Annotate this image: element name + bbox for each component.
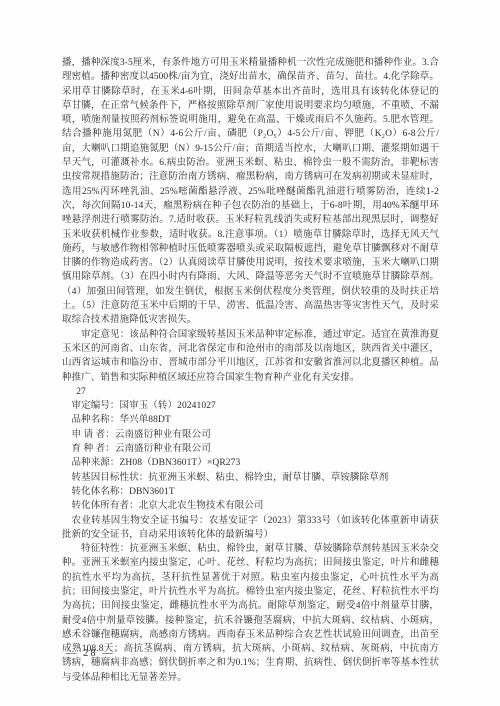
- field-transformation-event-name: 转化体名称：DBN3601T: [62, 485, 439, 499]
- field-gm-target-traits: 转基因目标性状：抗亚洲玉米螟、粘虫、棉铃虫，耐草甘膦、草铵膦除草剂: [62, 471, 439, 485]
- characteristics-paragraph: 特征特性：抗亚洲玉米螟、粘虫、棉铃虫，耐草甘膦、草铵膦除草剂转基因玉米杂交种。亚…: [62, 542, 439, 685]
- field-variety-name: 品种名称：华兴单88DT: [62, 413, 439, 427]
- field-biosafety-certificate: 农业转基因生物安全证书编号：农基安证字（2023）第333号（如该转化体重新申请…: [62, 514, 439, 543]
- field-applicant: 申 请 者：云南盛衍种业有限公司: [62, 428, 439, 442]
- field-approval-number: 审定编号：国审玉（转）20241027: [62, 399, 439, 413]
- scanned-document-page: 播，播种深度3-5厘米，有条件地方可用玉米精量播种机一次性完成施肥和播种作业。3…: [0, 0, 500, 706]
- field-transformation-event-owner: 转化体所有者：北京大北农生物技术有限公司: [62, 499, 439, 513]
- document-text-block: 播，播种深度3-5厘米，有条件地方可用玉米精量播种机一次性完成施肥和播种作业。3…: [62, 56, 439, 685]
- approval-opinion-paragraph: 审定意见：该品种符合国家级转基因玉米品种审定标准，通过审定。适宜在黄淮海夏玉米区…: [62, 328, 439, 385]
- field-variety-source: 品种来源：ZH08（DBN3601T）×QR273: [62, 456, 439, 470]
- cultivation-paragraph-continuation: 播，播种深度3-5厘米，有条件地方可用玉米精量播种机一次性完成施肥和播种作业。3…: [62, 56, 439, 328]
- field-breeder: 育 种 者：云南盛衍种业有限公司: [62, 442, 439, 456]
- entry-number-line: 27: [62, 385, 439, 399]
- page-number: — 28 —: [66, 648, 115, 659]
